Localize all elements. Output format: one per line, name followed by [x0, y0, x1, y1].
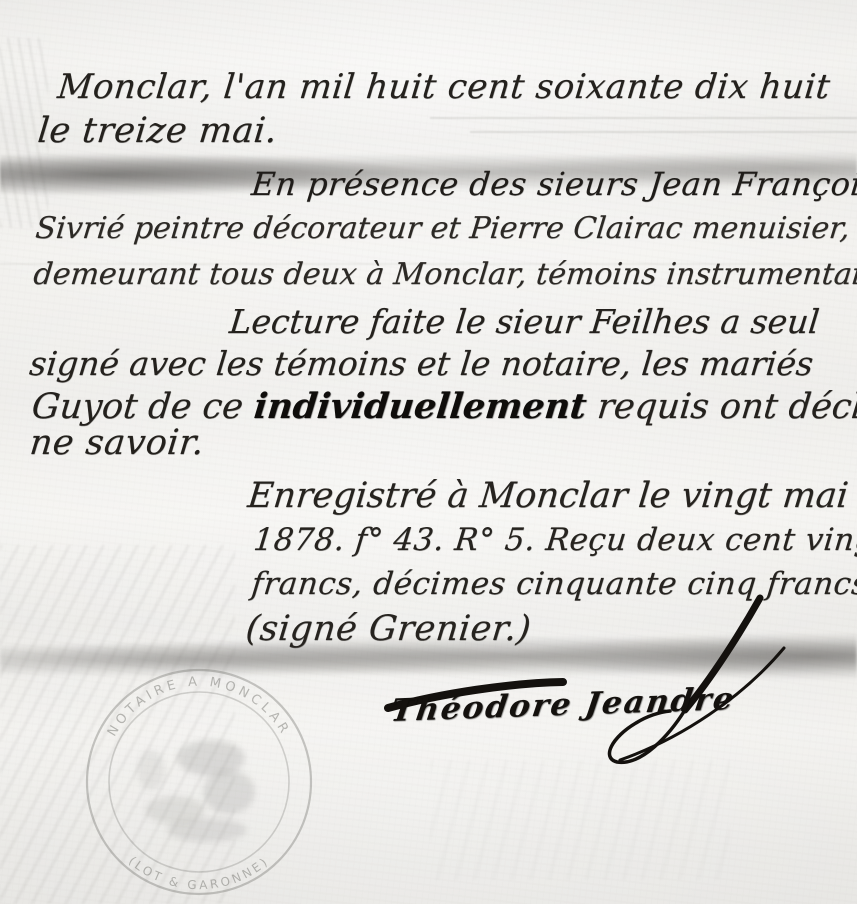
manuscript-line-2: le treize mai. — [36, 114, 279, 149]
stamp-ink-mottling — [137, 740, 255, 842]
signature-name: Théodore Jeandre — [389, 684, 737, 727]
manuscript-line-11-registration: 1878. f° 43. R° 5. Reçu deux cent vingt — [252, 525, 857, 556]
manuscript-line-8-start: Guyot de ce — [30, 387, 256, 427]
stamp-arc-bottom-text: (LOT & GARONNE) — [126, 854, 272, 893]
manuscript-line-3: En présence des sieurs Jean François — [250, 168, 857, 200]
faint-crease-line — [430, 117, 857, 119]
stamp-outer-ring — [87, 670, 311, 894]
manuscript-line-6: Lecture faite le sieur Feilhes a seul — [228, 305, 821, 338]
manuscript-line-1: Monclar, l'an mil huit cent soixante dix… — [56, 70, 832, 104]
faint-crease-line — [470, 131, 857, 133]
manuscript-line-8: Guyot de ce individuellement requis ont … — [30, 389, 857, 425]
manuscript-line-12-registration: francs, décimes cinquante cinq francs — [250, 569, 857, 600]
manuscript-line-5: demeurant tous deux à Monclar, témoins i… — [32, 260, 857, 290]
manuscript-line-9: ne savoir. — [28, 426, 206, 461]
manuscript-line-13-registration: (signé Grenier.) — [244, 612, 533, 647]
manuscript-line-7: signé avec les témoins et le notaire, le… — [28, 347, 815, 380]
manuscript-line-10-registration: Enregistré à Monclar le vingt mai — [246, 479, 850, 514]
scanned-document-page: Monclar, l'an mil huit cent soixante dix… — [0, 0, 857, 904]
bleed-through-smudge — [430, 760, 730, 880]
stamp-arc-top-text: NOTAIRE A MONCLAR — [105, 675, 293, 740]
manuscript-line-8-end: requis ont déclaré — [584, 387, 857, 427]
manuscript-line-8-overwritten-word: individuellement — [252, 386, 588, 427]
stamp-inner-ring — [109, 692, 289, 872]
notary-stamp-seal: NOTAIRE A MONCLAR (LOT & GARONNE) — [79, 662, 319, 902]
manuscript-line-4: Sivrié peintre décorateur et Pierre Clai… — [34, 214, 851, 244]
